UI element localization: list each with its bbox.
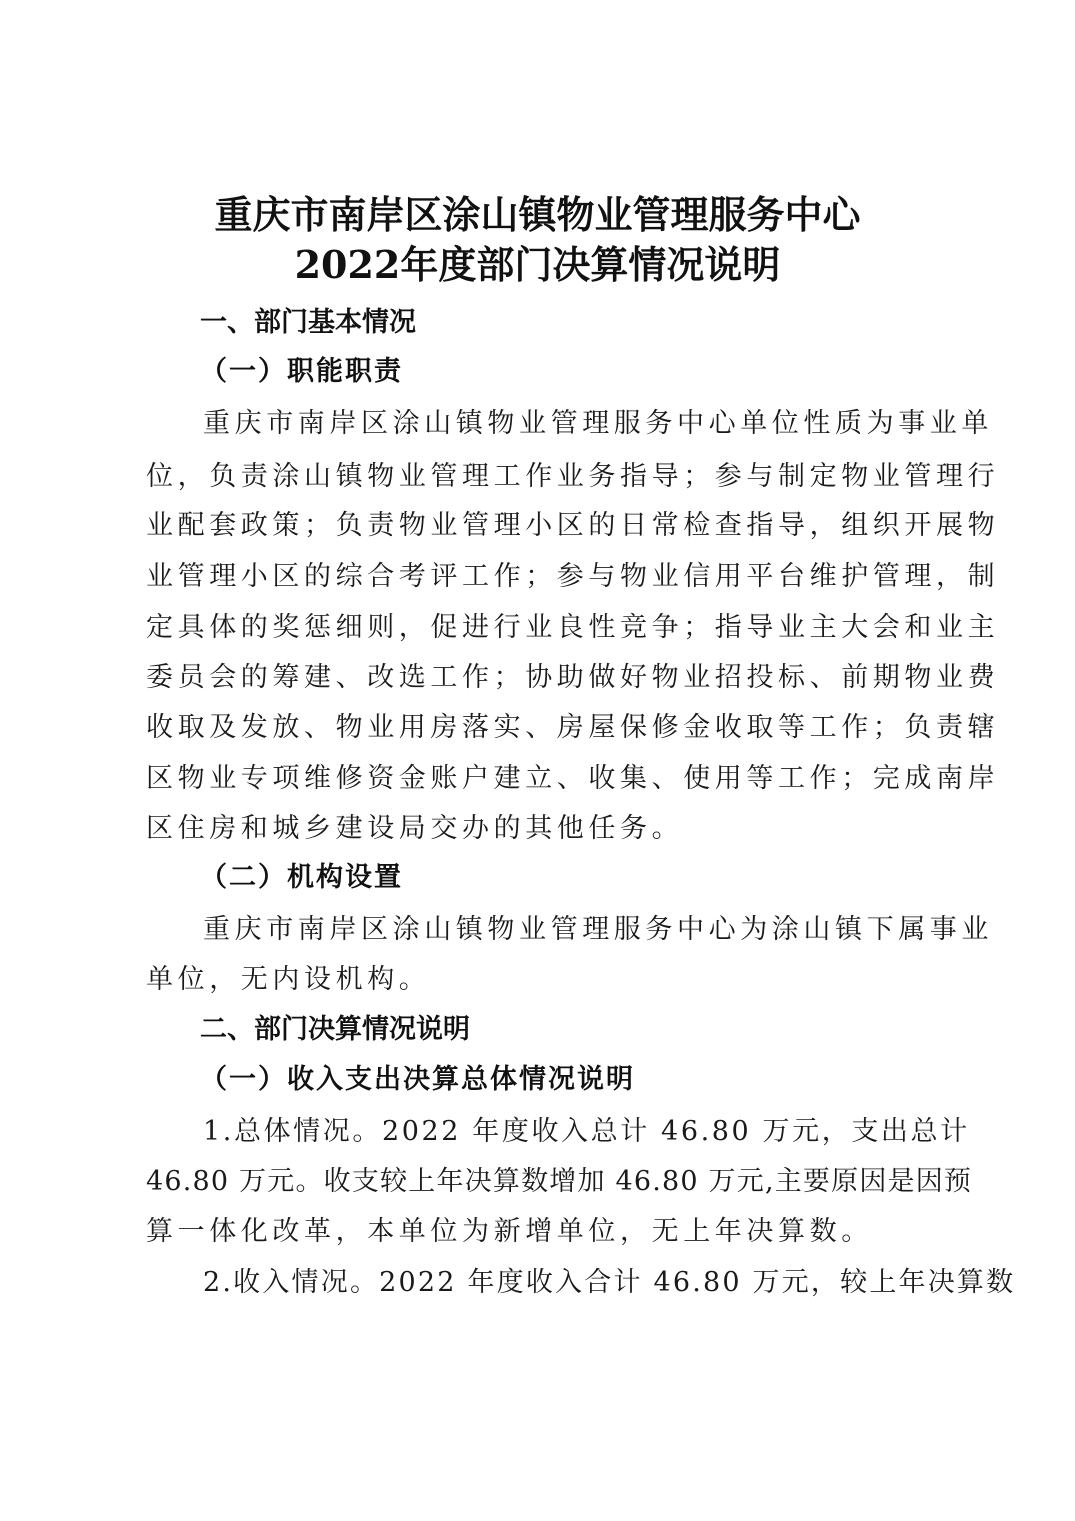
- subsection-heading-organization: （二）机构设置: [200, 864, 403, 891]
- paragraph-line: 收取及发放、物业用房落实、房屋保修金收取等工作；负责辖: [146, 714, 999, 741]
- document-title-line-1: 重庆市南岸区涂山镇物业管理服务中心: [0, 196, 1075, 234]
- subsection-heading-income-expense: （一）收入支出决算总体情况说明: [200, 1066, 635, 1093]
- paragraph-line: 单位，无内设机构。: [146, 966, 430, 993]
- paragraph-line: 区物业专项维修资金账户建立、收集、使用等工作；完成南岸: [146, 765, 999, 792]
- paragraph-line: 委员会的筹建、改选工作；协助做好物业招投标、前期物业费: [146, 664, 999, 691]
- paragraph-line: 重庆市南岸区涂山镇物业管理服务中心为涂山镇下属事业: [203, 916, 993, 943]
- paragraph-line: 业管理小区的综合考评工作；参与物业信用平台维护管理，制: [146, 563, 999, 590]
- paragraph-line: 算一体化改革，本单位为新增单位，无上年决算数。: [146, 1218, 873, 1245]
- section-heading-final-accounts: 二、部门决算情况说明: [200, 1016, 470, 1043]
- paragraph-line: 区住房和城乡建设局交办的其他任务。: [146, 815, 683, 842]
- section-heading-basic-info: 一、部门基本情况: [200, 309, 416, 336]
- paragraph-line: 位，负责涂山镇物业管理工作业务指导；参与制定物业管理行: [146, 463, 999, 490]
- subsection-heading-functions: （一）职能职责: [200, 358, 403, 385]
- paragraph-line: 1.总体情况。2022 年度收入总计 46.80 万元，支出总计: [203, 1118, 970, 1145]
- document-page: 重庆市南岸区涂山镇物业管理服务中心 2022年度部门决算情况说明 一、部门基本情…: [0, 0, 1075, 1521]
- paragraph-line: 2.收入情况。2022 年度收入合计 46.80 万元，较上年决算数: [203, 1269, 1015, 1296]
- paragraph-line: 46.80 万元。收支较上年决算数增加 46.80 万元,主要原因是因预: [146, 1168, 972, 1195]
- paragraph-line: 定具体的奖惩细则，促进行业良性竞争；指导业主大会和业主: [146, 614, 999, 641]
- paragraph-line: 重庆市南岸区涂山镇物业管理服务中心单位性质为事业单: [203, 410, 993, 437]
- paragraph-line: 业配套政策；负责物业管理小区的日常检查指导，组织开展物: [146, 512, 999, 539]
- document-title-line-2: 2022年度部门决算情况说明: [0, 246, 1075, 284]
